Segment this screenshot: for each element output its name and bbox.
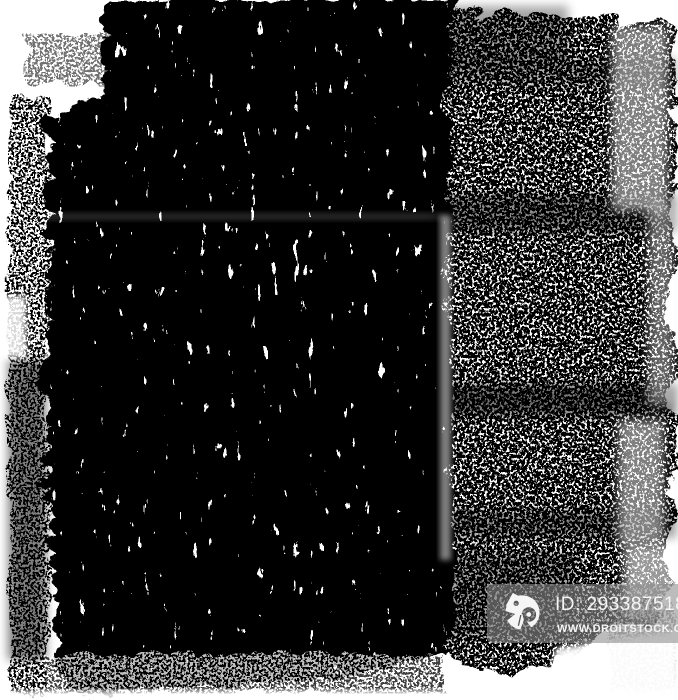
texture-main-seam-line: [44, 213, 444, 220]
texture-main-ink-block: [40, 0, 456, 688]
watermark-site-url: WWW.DROITSTOCK.COM: [557, 623, 678, 635]
texture-block-seam: [440, 215, 451, 560]
watermark-id-text: ID: 2933875181: [555, 594, 678, 616]
texture-strip-gap: [0, 296, 26, 358]
texture-bottom-smudge: [40, 650, 440, 690]
texture-strip-shadow: [8, 360, 46, 660]
texture-topleft-smudge: [24, 30, 108, 82]
watermark-overlay: ID: 2933875181 WWW.DROITSTOCK.COM: [487, 584, 678, 643]
texture-bottom-white-strip: [0, 691, 678, 700]
droitstock-logo-icon: [500, 591, 545, 636]
stock-texture-image: ID: 2933875181 WWW.DROITSTOCK.COM: [0, 0, 678, 700]
